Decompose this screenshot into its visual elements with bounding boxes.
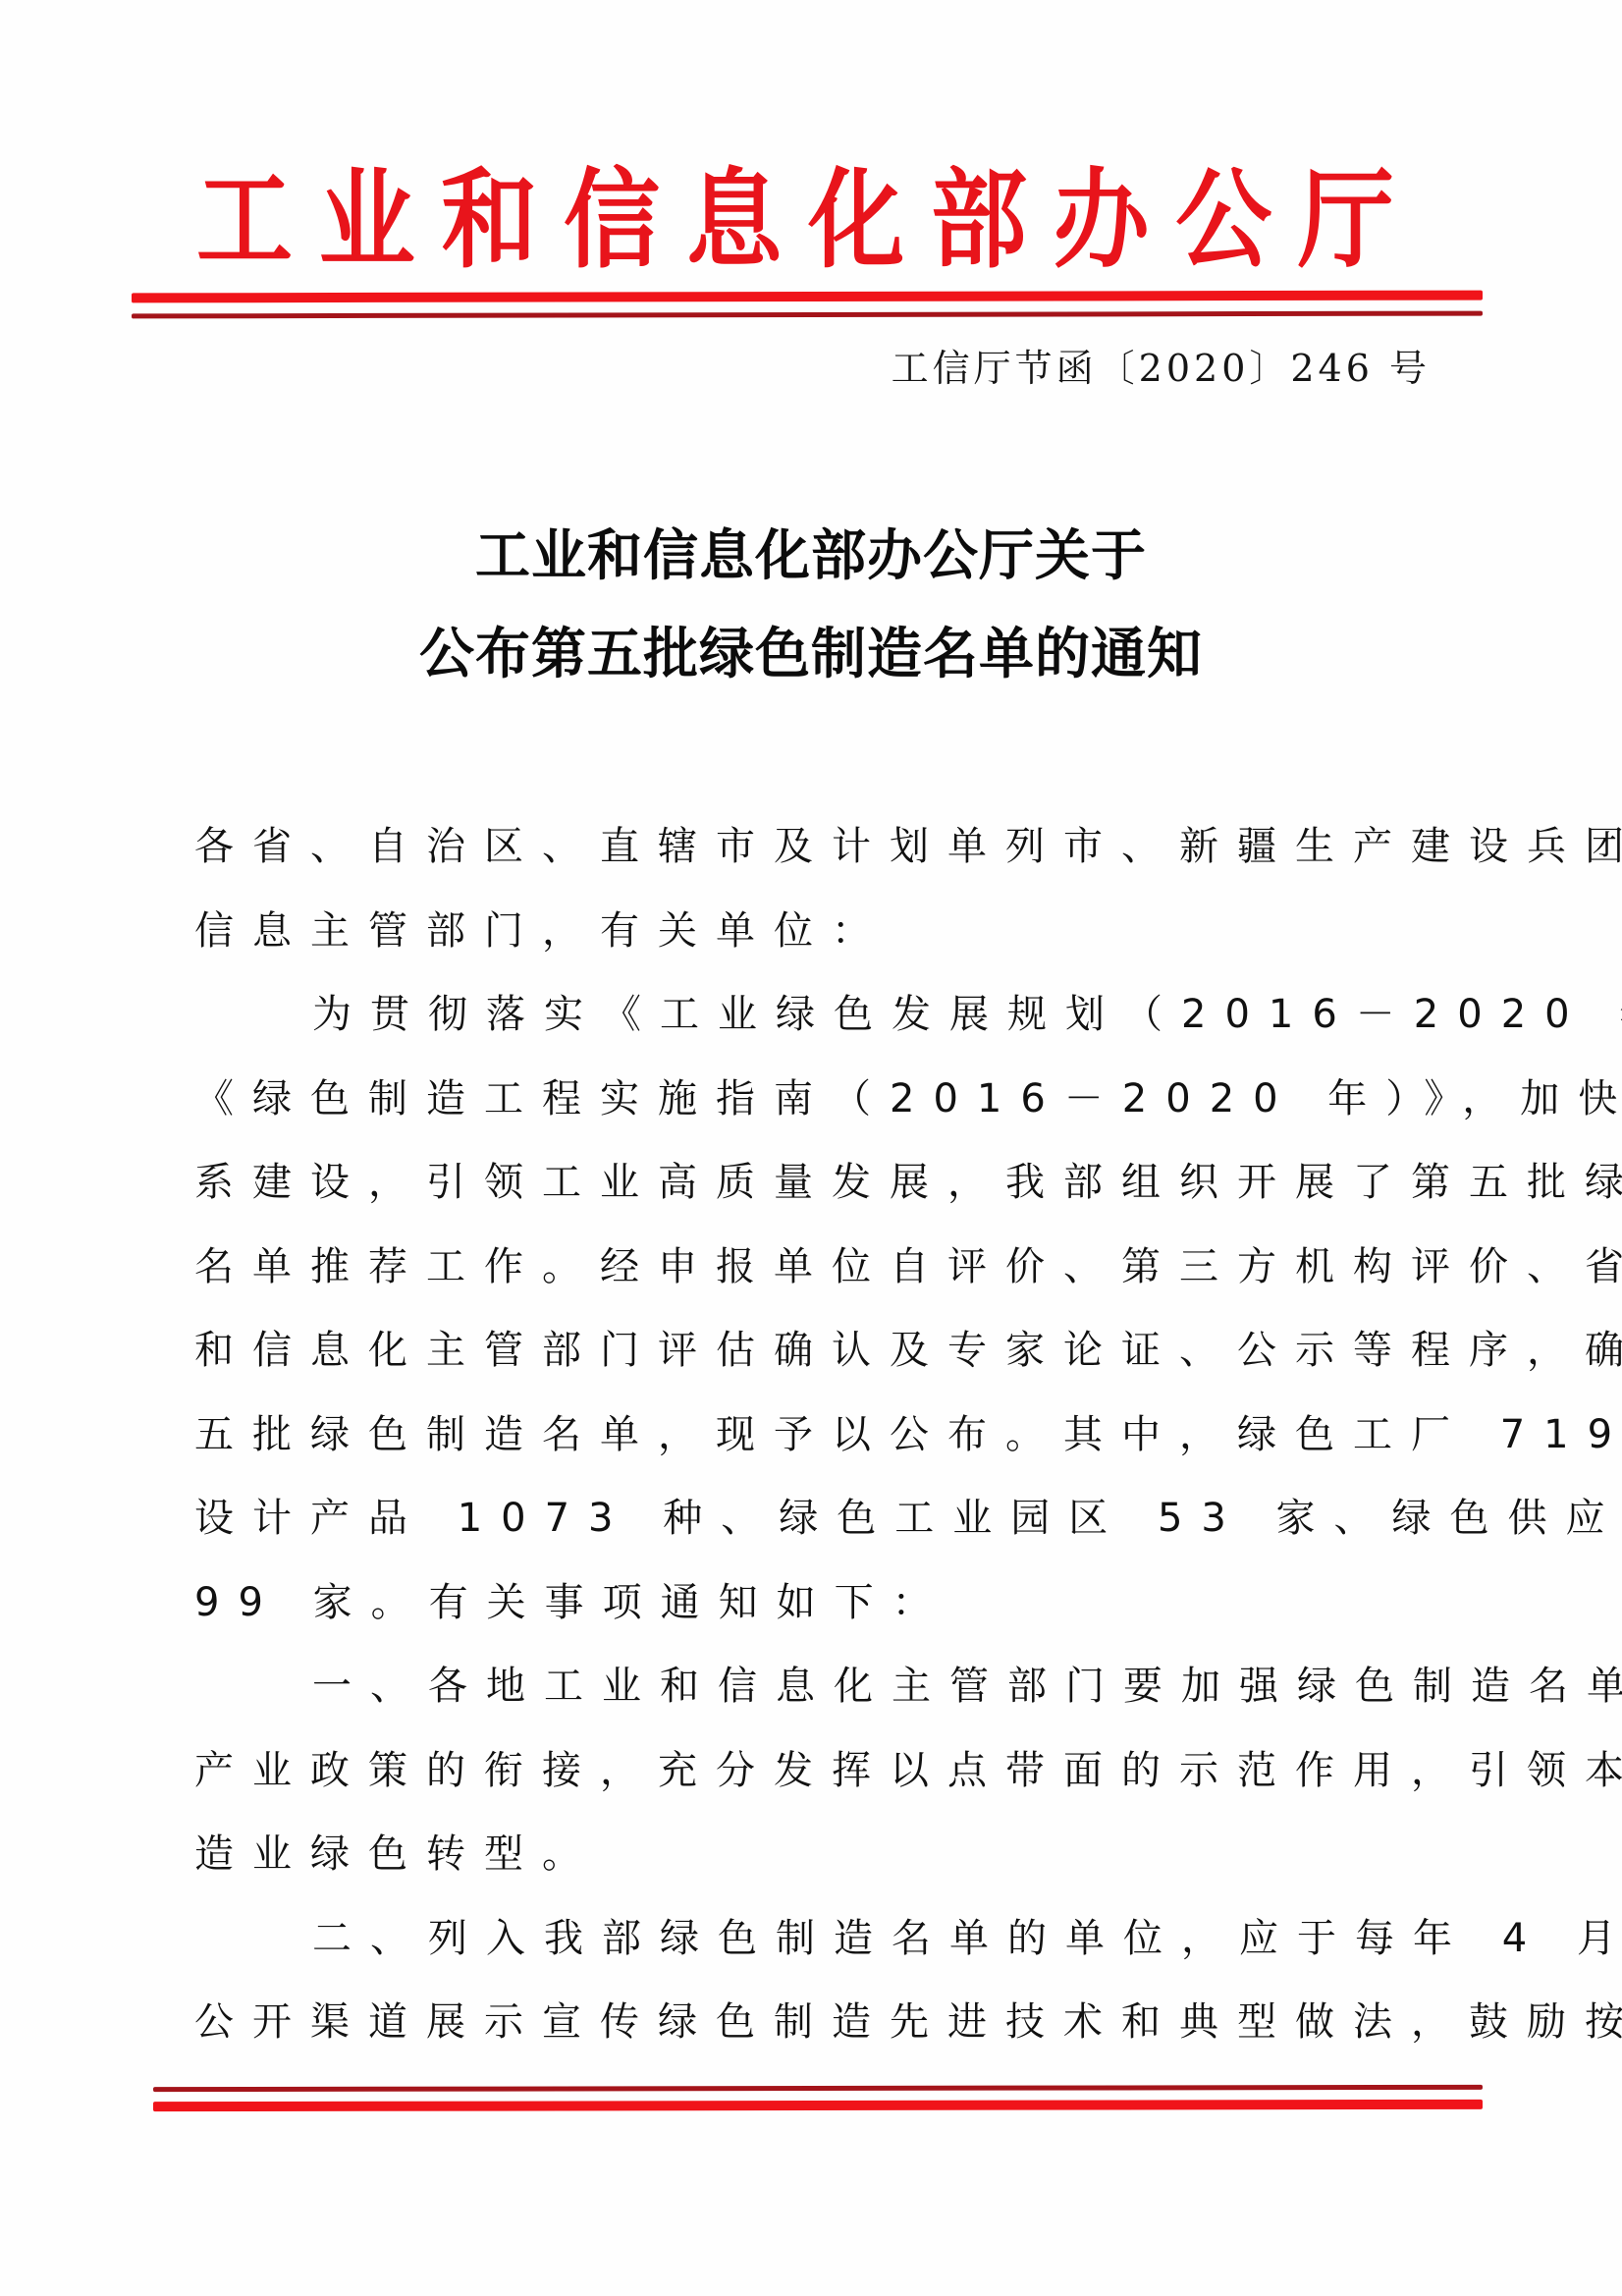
- body-line: 系建设，引领工业高质量发展，我部组织开展了第五批绿色制造: [194, 1141, 1435, 1226]
- masthead-char: 部: [931, 160, 1027, 281]
- document-number: 工信厅节函〔2020〕246 号: [892, 339, 1431, 398]
- body-line: 造业绿色转型。: [194, 1813, 1435, 1897]
- heading-line-1: 工业和信息化部办公厅关于: [0, 518, 1622, 596]
- masthead-char: 业: [319, 160, 415, 281]
- body-line: 产业政策的衔接，充分发挥以点带面的示范作用，引领本地区制: [194, 1729, 1435, 1814]
- body-line: 各省、自治区、直辖市及计划单列市、新疆生产建设兵团工业和: [194, 805, 1435, 890]
- body-line: 二、列入我部绿色制造名单的单位，应于每年 4 月底前通过: [194, 1897, 1435, 1982]
- body-line: 五批绿色制造名单，现予以公布。其中，绿色工厂 719 家、绿色: [194, 1394, 1435, 1478]
- masthead-char: 公: [1175, 160, 1271, 281]
- body-line: 信息主管部门，有关单位：: [194, 890, 1435, 974]
- masthead-char: 化: [808, 160, 904, 281]
- body-line: 设计产品 1073 种、绿色工业园区 53 家、绿色供应链管理企业: [194, 1477, 1435, 1561]
- body-line: 公开渠道展示宣传绿色制造先进技术和典型做法，鼓励按年度发: [194, 1981, 1435, 2065]
- masthead-char: 和: [441, 160, 537, 281]
- footer-rule-thin: [153, 2085, 1483, 2092]
- masthead-char: 息: [686, 160, 783, 281]
- masthead-char: 信: [564, 160, 660, 281]
- masthead-title: 工 业 和 信 息 化 部 办 公 厅: [196, 157, 1394, 285]
- header-rule-thick: [132, 291, 1483, 303]
- body-line: 《绿色制造工程实施指南（2016－2020 年）》，加快绿色制造体: [194, 1058, 1435, 1142]
- footer-rule-thick: [153, 2100, 1483, 2111]
- header-rule-thin: [132, 311, 1483, 319]
- body-line: 为贯彻落实《工业绿色发展规划（2016－2020 年）》和: [194, 973, 1435, 1058]
- body-line: 一、各地工业和信息化主管部门要加强绿色制造名单与相关: [194, 1645, 1435, 1729]
- body-line: 99 家。有关事项通知如下：: [194, 1561, 1435, 1646]
- masthead-char: 工: [196, 160, 293, 281]
- body-text: 各省、自治区、直辖市及计划单列市、新疆生产建设兵团工业和 信息主管部门，有关单位…: [194, 805, 1435, 2065]
- body-line: 和信息化主管部门评估确认及专家论证、公示等程序，确定了第: [194, 1309, 1435, 1394]
- masthead-char: 厅: [1298, 160, 1394, 281]
- heading-line-2: 公布第五批绿色制造名单的通知: [0, 616, 1622, 694]
- body-line: 名单推荐工作。经申报单位自评价、第三方机构评价、省级工业: [194, 1226, 1435, 1310]
- document-page: 工 业 和 信 息 化 部 办 公 厅 工信厅节函〔2020〕246 号 工业和…: [0, 0, 1622, 2296]
- masthead-char: 办: [1054, 160, 1150, 281]
